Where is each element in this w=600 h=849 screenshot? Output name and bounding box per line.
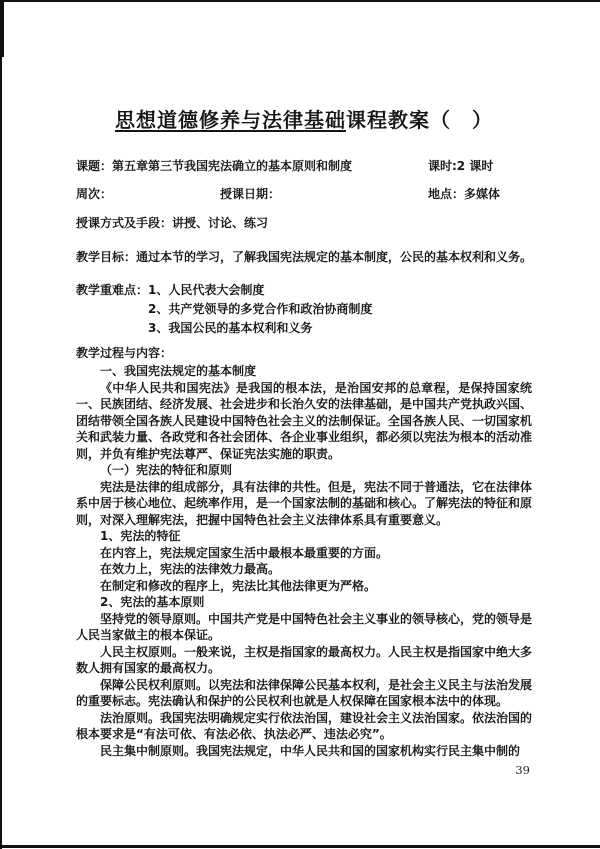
paragraph: （一）宪法的特征和原则 (76, 462, 532, 479)
paragraph: 人民主权原则。一般来说，主权是指国家的最高权力。人民主权是指国家中绝大多数人拥有… (76, 644, 532, 677)
paragraph: 1、宪法的特征 (76, 528, 532, 545)
paragraph: 2、宪法的基本原则 (76, 594, 532, 611)
scan-edge-left-mark (0, 0, 4, 57)
page-title-suffix: 课程教案（ ） (346, 108, 493, 132)
date-label: 授课日期： (220, 187, 280, 202)
process-heading: 教学过程与内容： (76, 345, 532, 361)
key-points-section: 教学重难点： 1、人民代表大会制度 2、共产党领导的多党合作和政治协商制度 3、… (76, 281, 532, 338)
paragraph: 《中华人民共和国宪法》是我国的根本法，是治国安邦的总章程，是保持国家统一、民族团… (76, 380, 532, 463)
meta-row-objective: 教学目标：通过本节的学习，了解我国宪法规定的基本制度，公民的基本权利和义务。 (76, 250, 532, 265)
paragraph: 在制定和修改的程序上，宪法比其他法律更为严格。 (76, 578, 532, 595)
scan-edge-left (0, 0, 2, 849)
document-body: 一、我国宪法规定的基本制度 《中华人民共和国宪法》是我国的根本法，是治国安邦的总… (76, 363, 532, 759)
scan-edge-top (0, 0, 600, 2)
paragraph: 坚持党的领导原则。中国共产党是中国特色社会主义事业的领导核心，党的领导是人民当家… (76, 611, 532, 644)
key-point-item: 2、共产党领导的多党合作和政治协商制度 (148, 300, 532, 319)
key-point-item: 3、我国公民的基本权利和义务 (148, 319, 532, 338)
key-point-item: 1、人民代表大会制度 (148, 281, 532, 300)
topic-label: 课题：第五章第三节我国宪法确立的基本原则和制度 (76, 159, 352, 173)
page-title-underlined: 思想道德修养与法律基础 (115, 108, 346, 132)
meta-row-schedule: 周次： 授课日期： 地点：多媒体 (76, 187, 532, 202)
method-label: 授课方式及手段：讲授、讨论、练习 (76, 216, 268, 230)
meta-row-topic: 课题：第五章第三节我国宪法确立的基本原则和制度 课时:2 课时 (76, 159, 532, 174)
objective-label: 教学目标：通过本节的学习，了解我国宪法规定的基本制度，公民的基本权利和义务。 (76, 250, 532, 264)
paragraph: 民主集中制原则。我国宪法规定，中华人民共和国的国家机构实行民主集中制的 (76, 743, 532, 760)
class-hours-label: 课时:2 课时 (428, 159, 493, 174)
meta-row-method: 授课方式及手段：讲授、讨论、练习 (76, 216, 532, 231)
key-points-list: 1、人民代表大会制度 2、共产党领导的多党合作和政治协商制度 3、我国公民的基本… (148, 281, 532, 338)
paragraph: 在效力上，宪法的法律效力最高。 (76, 561, 532, 578)
document-page: 思想道德修养与法律基础课程教案（ ） 课题：第五章第三节我国宪法确立的基本原则和… (0, 0, 600, 849)
paragraph: 法治原则。我国宪法明确规定实行依法治国，建设社会主义法治国家。依法治国的根本要求… (76, 710, 532, 743)
key-points-label: 教学重难点： (76, 281, 148, 300)
week-label: 周次： (76, 187, 112, 201)
paragraph: 一、我国宪法规定的基本制度 (76, 363, 532, 380)
page-number: 39 (515, 763, 530, 777)
paragraph: 保障公民权利原则。以宪法和法律保障公民基本权利，是社会主义民主与法治发展的重要标… (76, 677, 532, 710)
location-label: 地点：多媒体 (428, 187, 500, 202)
paragraph: 宪法是法律的组成部分，具有法律的共性。但是，宪法不同于普通法，它在法律体系中居于… (76, 479, 532, 529)
scan-edge-bottom (0, 845, 600, 848)
page-title: 思想道德修养与法律基础课程教案（ ） (76, 106, 532, 134)
paragraph: 在内容上，宪法规定国家生活中最根本最重要的方面。 (76, 545, 532, 562)
